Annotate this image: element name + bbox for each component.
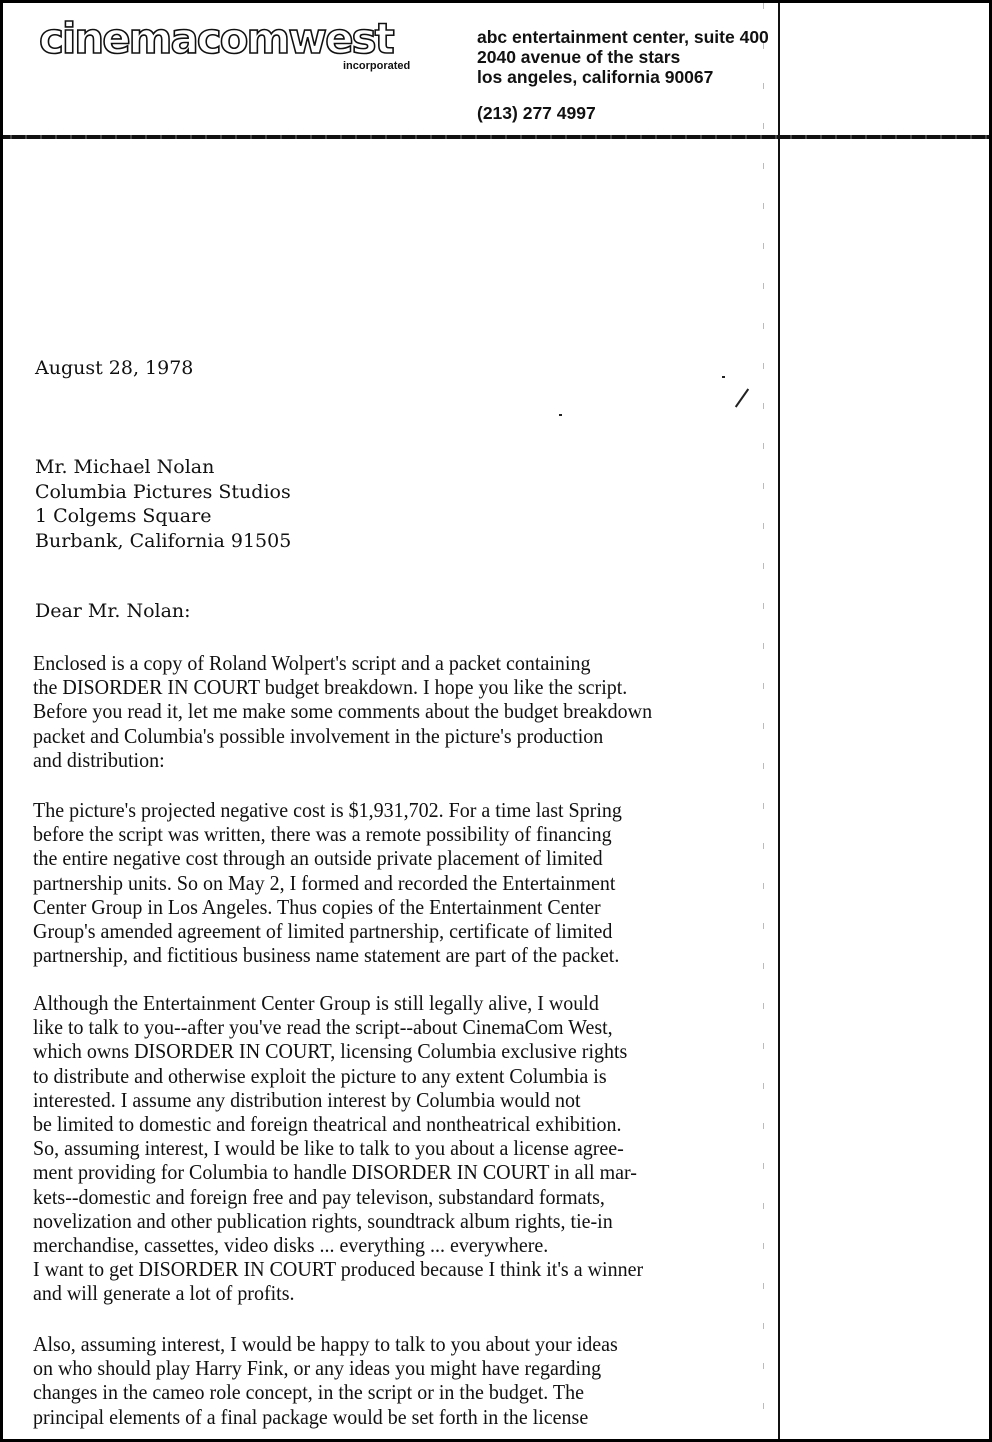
body-line: to distribute and otherwise exploit the … [33,1064,643,1088]
body-line: Although the Entertainment Center Group … [33,991,643,1015]
body-line: Group's amended agreement of limited par… [33,919,622,943]
letter-date: August 28, 1978 [35,357,193,379]
body-line: changes in the cameo role concept, in th… [33,1380,618,1404]
body-line: Enclosed is a copy of Roland Wolpert's s… [33,651,652,675]
body-paragraph: The picture's projected negative cost is… [33,798,622,967]
body-paragraph: Enclosed is a copy of Roland Wolpert's s… [33,651,652,772]
recipient-line: 1 Colgems Square [35,504,291,529]
pen-mark [735,388,749,407]
recipient-line: Mr. Michael Nolan [35,455,291,480]
letter-page: cinemacomwest incorporated abc entertain… [0,0,992,1442]
body-line: Before you read it, let me make some com… [33,699,652,723]
body-line: The picture's projected negative cost is… [33,798,622,822]
recipient-line: Burbank, California 91505 [35,529,291,554]
body-line: be limited to domestic and foreign theat… [33,1112,643,1136]
body-line: and will generate a lot of profits. [33,1281,643,1305]
body-line: on who should play Harry Fink, or any id… [33,1356,618,1380]
body-line: the DISORDER IN COURT budget breakdown. … [33,675,652,699]
body-line: novelization and other publication right… [33,1209,643,1233]
body-paragraph: Also, assuming interest, I would be happ… [33,1332,618,1429]
body-line: partnership units. So on May 2, I formed… [33,871,622,895]
body-line: I want to get DISORDER IN COURT produced… [33,1257,643,1281]
body-line: before the script was written, there was… [33,822,622,846]
body-line: and distribution: [33,748,652,772]
address-line: 2040 avenue of the stars [477,47,769,67]
body-paragraph: Although the Entertainment Center Group … [33,991,643,1306]
salutation: Dear Mr. Nolan: [35,600,191,622]
scan-speck [559,414,562,416]
body-line: merchandise, cassettes, video disks ... … [33,1233,643,1257]
address-line: abc entertainment center, suite 400 [477,27,769,47]
letterhead-address: abc entertainment center, suite 400 2040… [477,27,769,87]
scan-speck [722,376,725,378]
body-line: So, assuming interest, I would be like t… [33,1136,643,1160]
company-logo: cinemacomwest [39,17,393,61]
body-line: the entire negative cost through an outs… [33,846,622,870]
body-line: kets--domestic and foreign free and pay … [33,1185,643,1209]
letterhead-phone: (213) 277 4997 [477,103,596,124]
body-line: packet and Columbia's possible involveme… [33,724,652,748]
body-line: partnership, and fictitious business nam… [33,943,622,967]
body-line: principal elements of a final package wo… [33,1405,618,1429]
scan-artifact-faint-line [763,3,764,1439]
address-line: los angeles, california 90067 [477,67,769,87]
recipient-line: Columbia Pictures Studios [35,480,291,505]
recipient-address: Mr. Michael Nolan Columbia Pictures Stud… [35,455,291,553]
body-line: which owns DISORDER IN COURT, licensing … [33,1039,643,1063]
body-line: Also, assuming interest, I would be happ… [33,1332,618,1356]
company-logo-subtext: incorporated [343,60,410,72]
letterhead-divider [3,135,989,139]
body-line: like to talk to you--after you've read t… [33,1015,643,1039]
body-line: ment providing for Columbia to handle DI… [33,1160,643,1184]
body-line: interested. I assume any distribution in… [33,1088,643,1112]
body-line: Center Group in Los Angeles. Thus copies… [33,895,622,919]
scan-artifact-line [778,3,780,1439]
